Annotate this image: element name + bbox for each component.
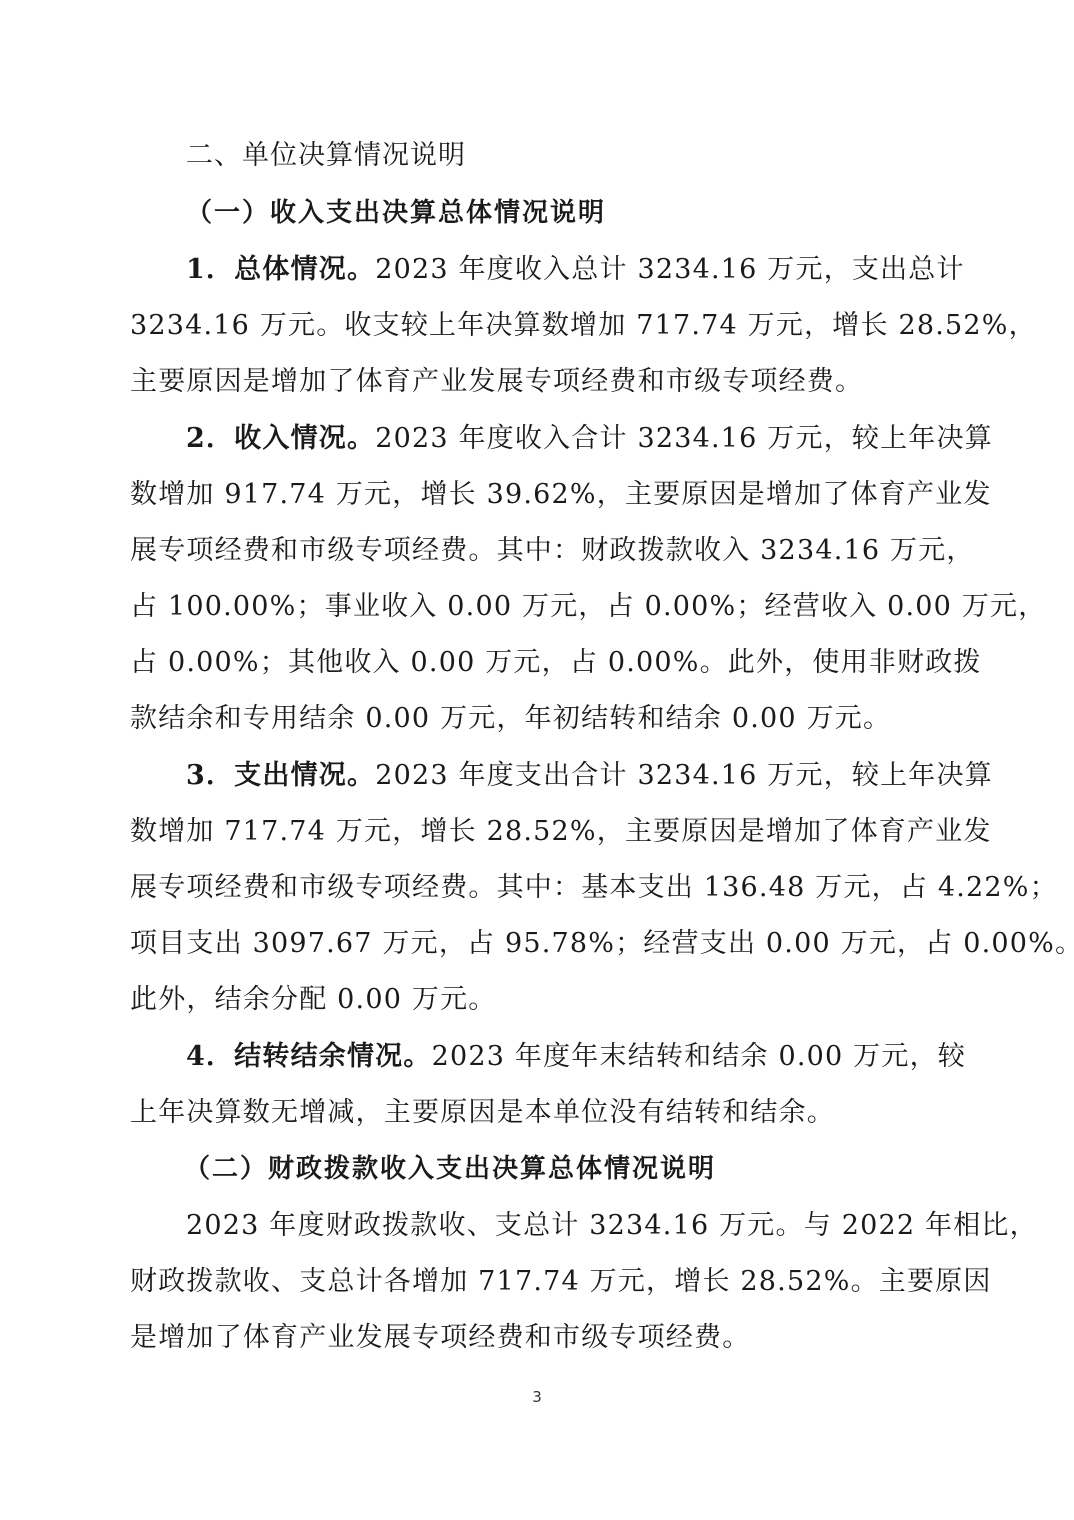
item4-line1: 4．结转结余情况。2023 年度年末结转和结余 0.00 万元，较 xyxy=(186,1040,1016,1074)
section2-line1: 2023 年度财政拨款收、支总计 3234.16 万元。与 2022 年相比， xyxy=(186,1209,1016,1243)
item3-line2: 数增加 717.74 万元，增长 28.52%，主要原因是增加了体育产业发 xyxy=(130,815,960,849)
item3-line4: 项目支出 3097.67 万元，占 95.78%；经营支出 0.00 万元，占 … xyxy=(130,927,960,961)
section2-title: （二）财政拨款收入支出决算总体情况说明 xyxy=(184,1152,1014,1186)
item3-line5: 此外，结余分配 0.00 万元。 xyxy=(130,983,960,1017)
item1-line1: 1．总体情况。2023 年度收入总计 3234.16 万元，支出总计 xyxy=(186,253,1016,287)
item2-line6: 款结余和专用结余 0.00 万元，年初结转和结余 0.00 万元。 xyxy=(130,702,960,736)
item3-line1: 3．支出情况。2023 年度支出合计 3234.16 万元，较上年决算 xyxy=(186,759,1016,793)
item2-line2: 数增加 917.74 万元，增长 39.62%，主要原因是增加了体育产业发 xyxy=(130,478,960,512)
item3-line3: 展专项经费和市级专项经费。其中：基本支出 136.48 万元，占 4.22%； xyxy=(130,871,960,905)
item2-line4: 占 100.00%；事业收入 0.00 万元，占 0.00%；经营收入 0.00… xyxy=(130,590,960,624)
section1-title: （一）收入支出决算总体情况说明 xyxy=(186,196,1016,230)
item1-line3: 主要原因是增加了体育产业发展专项经费和市级专项经费。 xyxy=(130,365,960,399)
item2-label: 2．收入情况。 xyxy=(186,423,375,454)
item2-line1: 2．收入情况。2023 年度收入合计 3234.16 万元，较上年决算 xyxy=(186,422,1016,456)
item1-line2: 3234.16 万元。收支较上年决算数增加 717.74 万元，增长 28.52… xyxy=(130,309,960,343)
item4-label: 4．结转结余情况。 xyxy=(186,1041,432,1072)
main-heading: 二、单位决算情况说明 xyxy=(186,139,1016,173)
section2-line3: 是增加了体育产业发展专项经费和市级专项经费。 xyxy=(130,1321,960,1355)
item2-line5: 占 0.00%；其他收入 0.00 万元，占 0.00%。此外，使用非财政拨 xyxy=(130,646,960,680)
item3-label: 3．支出情况。 xyxy=(186,760,375,791)
document-page: 二、单位决算情况说明 （一）收入支出决算总体情况说明 1．总体情况。2023 年… xyxy=(0,0,1074,1520)
item4-line2: 上年决算数无增减，主要原因是本单位没有结转和结余。 xyxy=(130,1096,960,1130)
item1-label: 1．总体情况。 xyxy=(186,254,375,285)
section2-line2: 财政拨款收、支总计各增加 717.74 万元，增长 28.52%。主要原因 xyxy=(130,1265,960,1299)
item2-line3: 展专项经费和市级专项经费。其中：财政拨款收入 3234.16 万元， xyxy=(130,534,960,568)
page-number: 3 xyxy=(0,1388,1074,1406)
